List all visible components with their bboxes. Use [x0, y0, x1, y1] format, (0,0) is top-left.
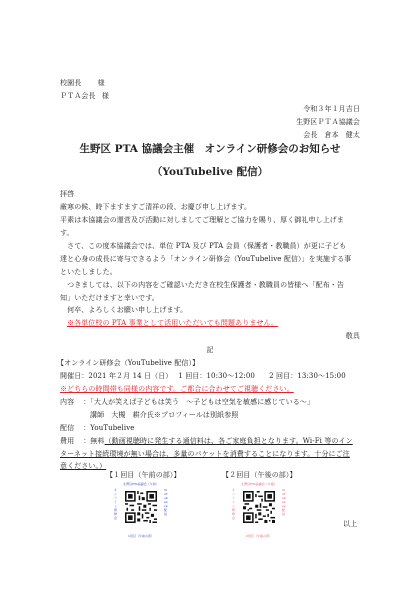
- content-value: ：「大人が笑えば子どもは笑う ～子どもは空気を敏感に感じている～」: [83, 398, 314, 406]
- qr-frame-text: 2回目（午後の部）: [234, 534, 284, 538]
- sender-organization: 生野区ＰＴＡ協議会: [296, 117, 360, 127]
- qr-frame-text: 生野区PTA協議会（午前）: [116, 482, 166, 486]
- sender-name: 会長 倉本 健太: [303, 130, 360, 140]
- closing-keigu: 敬具: [346, 331, 360, 341]
- content-row: 内容：「大人が笑えば子どもは笑う ～子どもは空気を敏感に感じている～」: [60, 397, 314, 407]
- delivery-label: 配信: [60, 424, 74, 432]
- fee-label: 費用: [60, 437, 74, 445]
- qr-frame-text: YouTubelive配信: [164, 488, 168, 516]
- opening-salutation: 拝啓: [60, 189, 74, 199]
- body-line: す。: [60, 228, 74, 238]
- delivery-row: 配信：YouTubelive: [60, 423, 135, 433]
- fee-value: ：無料: [83, 437, 104, 445]
- qr-code-morning[interactable]: 生野区PTA協議会（午前） オンライン研修会 YouTubelive配信 1回目…: [114, 482, 168, 544]
- addressee-honorific: 様: [102, 92, 109, 100]
- lecturer-line: 講師 大槻 耕介氏※プロフィールは別紙参照: [90, 410, 238, 420]
- issue-date: 令和３年１月吉日: [303, 104, 360, 114]
- body-line: 厳寒の候、時下ますますご清祥の段、お慶び申し上げます。: [60, 202, 251, 212]
- body-line: 何卒、よろしくお願い申し上げます。: [60, 305, 187, 315]
- ending-ijou: 以上: [343, 519, 357, 529]
- qr-code-icon: [125, 491, 157, 523]
- qr-frame-text: 生野区PTA協議会（午後）: [234, 482, 284, 486]
- same-content-note: ※どちらの時間帯も同様の内容です。ご都合に合わせてご視聴ください。: [60, 384, 294, 394]
- fee-note: （動画視聴時に発生する通信料は、各ご家庭負担となります。Wi-Fi 等のイン: [105, 437, 353, 445]
- fee-note-end: 意ください。）: [60, 461, 106, 471]
- body-line: さて、この度本協議会では、単位 PTA 及び PTA 会員（保護者・教職員）が更…: [60, 241, 346, 251]
- addressee-principal: 校園長 様: [60, 78, 105, 88]
- addressee-role: 校園長: [60, 79, 81, 87]
- qr-frame-text: オンライン研修会: [232, 488, 236, 520]
- body-line: つきましては、以下の内容をご確認いただき在校生保護者・教職員の皆様へ「配布・告: [60, 280, 344, 290]
- body-line: といたしました。: [60, 267, 117, 277]
- content-label: 内容: [60, 398, 74, 406]
- addressee-role: ＰＴＡ会長: [60, 92, 96, 100]
- qr-frame-text: YouTubelive配信: [282, 488, 286, 516]
- qr-label-morning: 【１回目（午前の部）】: [106, 470, 181, 480]
- body-line: 平素は本協議会の運営及び活動に対しましてご理解とご協力を賜り、厚く御礼申し上げま: [60, 215, 344, 225]
- event-header: 【オンライン研修会（YouTubelive 配信）】: [57, 358, 199, 368]
- qr-frame-text: 1回目（午前の部）: [116, 534, 166, 538]
- document-subtitle: （YouTubelive 配信）: [0, 166, 420, 179]
- ki-heading: 記: [0, 345, 420, 355]
- event-date-times: 開催日：2021 年２月 14 日（日） 1 回目：10:30～12:00 2 …: [60, 371, 346, 381]
- qr-frame-text: オンライン研修会: [114, 488, 118, 520]
- addressee-pta-chair: ＰＴＡ会長 様: [60, 91, 109, 101]
- qr-code-afternoon[interactable]: 生野区PTA協議会（午後） オンライン研修会 YouTubelive配信 2回目…: [232, 482, 286, 544]
- body-line: 達と心身の成長に寄与できるよう「オンライン研修会（YouTubelive 配信）…: [60, 254, 351, 264]
- body-line: 知」いただけますと幸いです。: [60, 293, 159, 303]
- pta-usage-note: ※各単位校の PTA 事業として活用いただいても問題ありません。: [67, 318, 278, 328]
- document-title: 生野区 PTA 協議会主催 オンライン研修会のお知らせ: [0, 143, 420, 156]
- qr-code-icon: [243, 491, 275, 523]
- qr-label-afternoon: 【２回目（午後の部）】: [222, 470, 297, 480]
- fee-note-cont: ターネット接続環境が無い場合は、多量のパケットを消費することになります。十分にご…: [60, 449, 350, 459]
- delivery-value: ：YouTubelive: [83, 424, 134, 432]
- fee-row: 費用：無料（動画視聴時に発生する通信料は、各ご家庭負担となります。Wi-Fi 等…: [60, 436, 353, 446]
- addressee-honorific: 様: [98, 79, 105, 87]
